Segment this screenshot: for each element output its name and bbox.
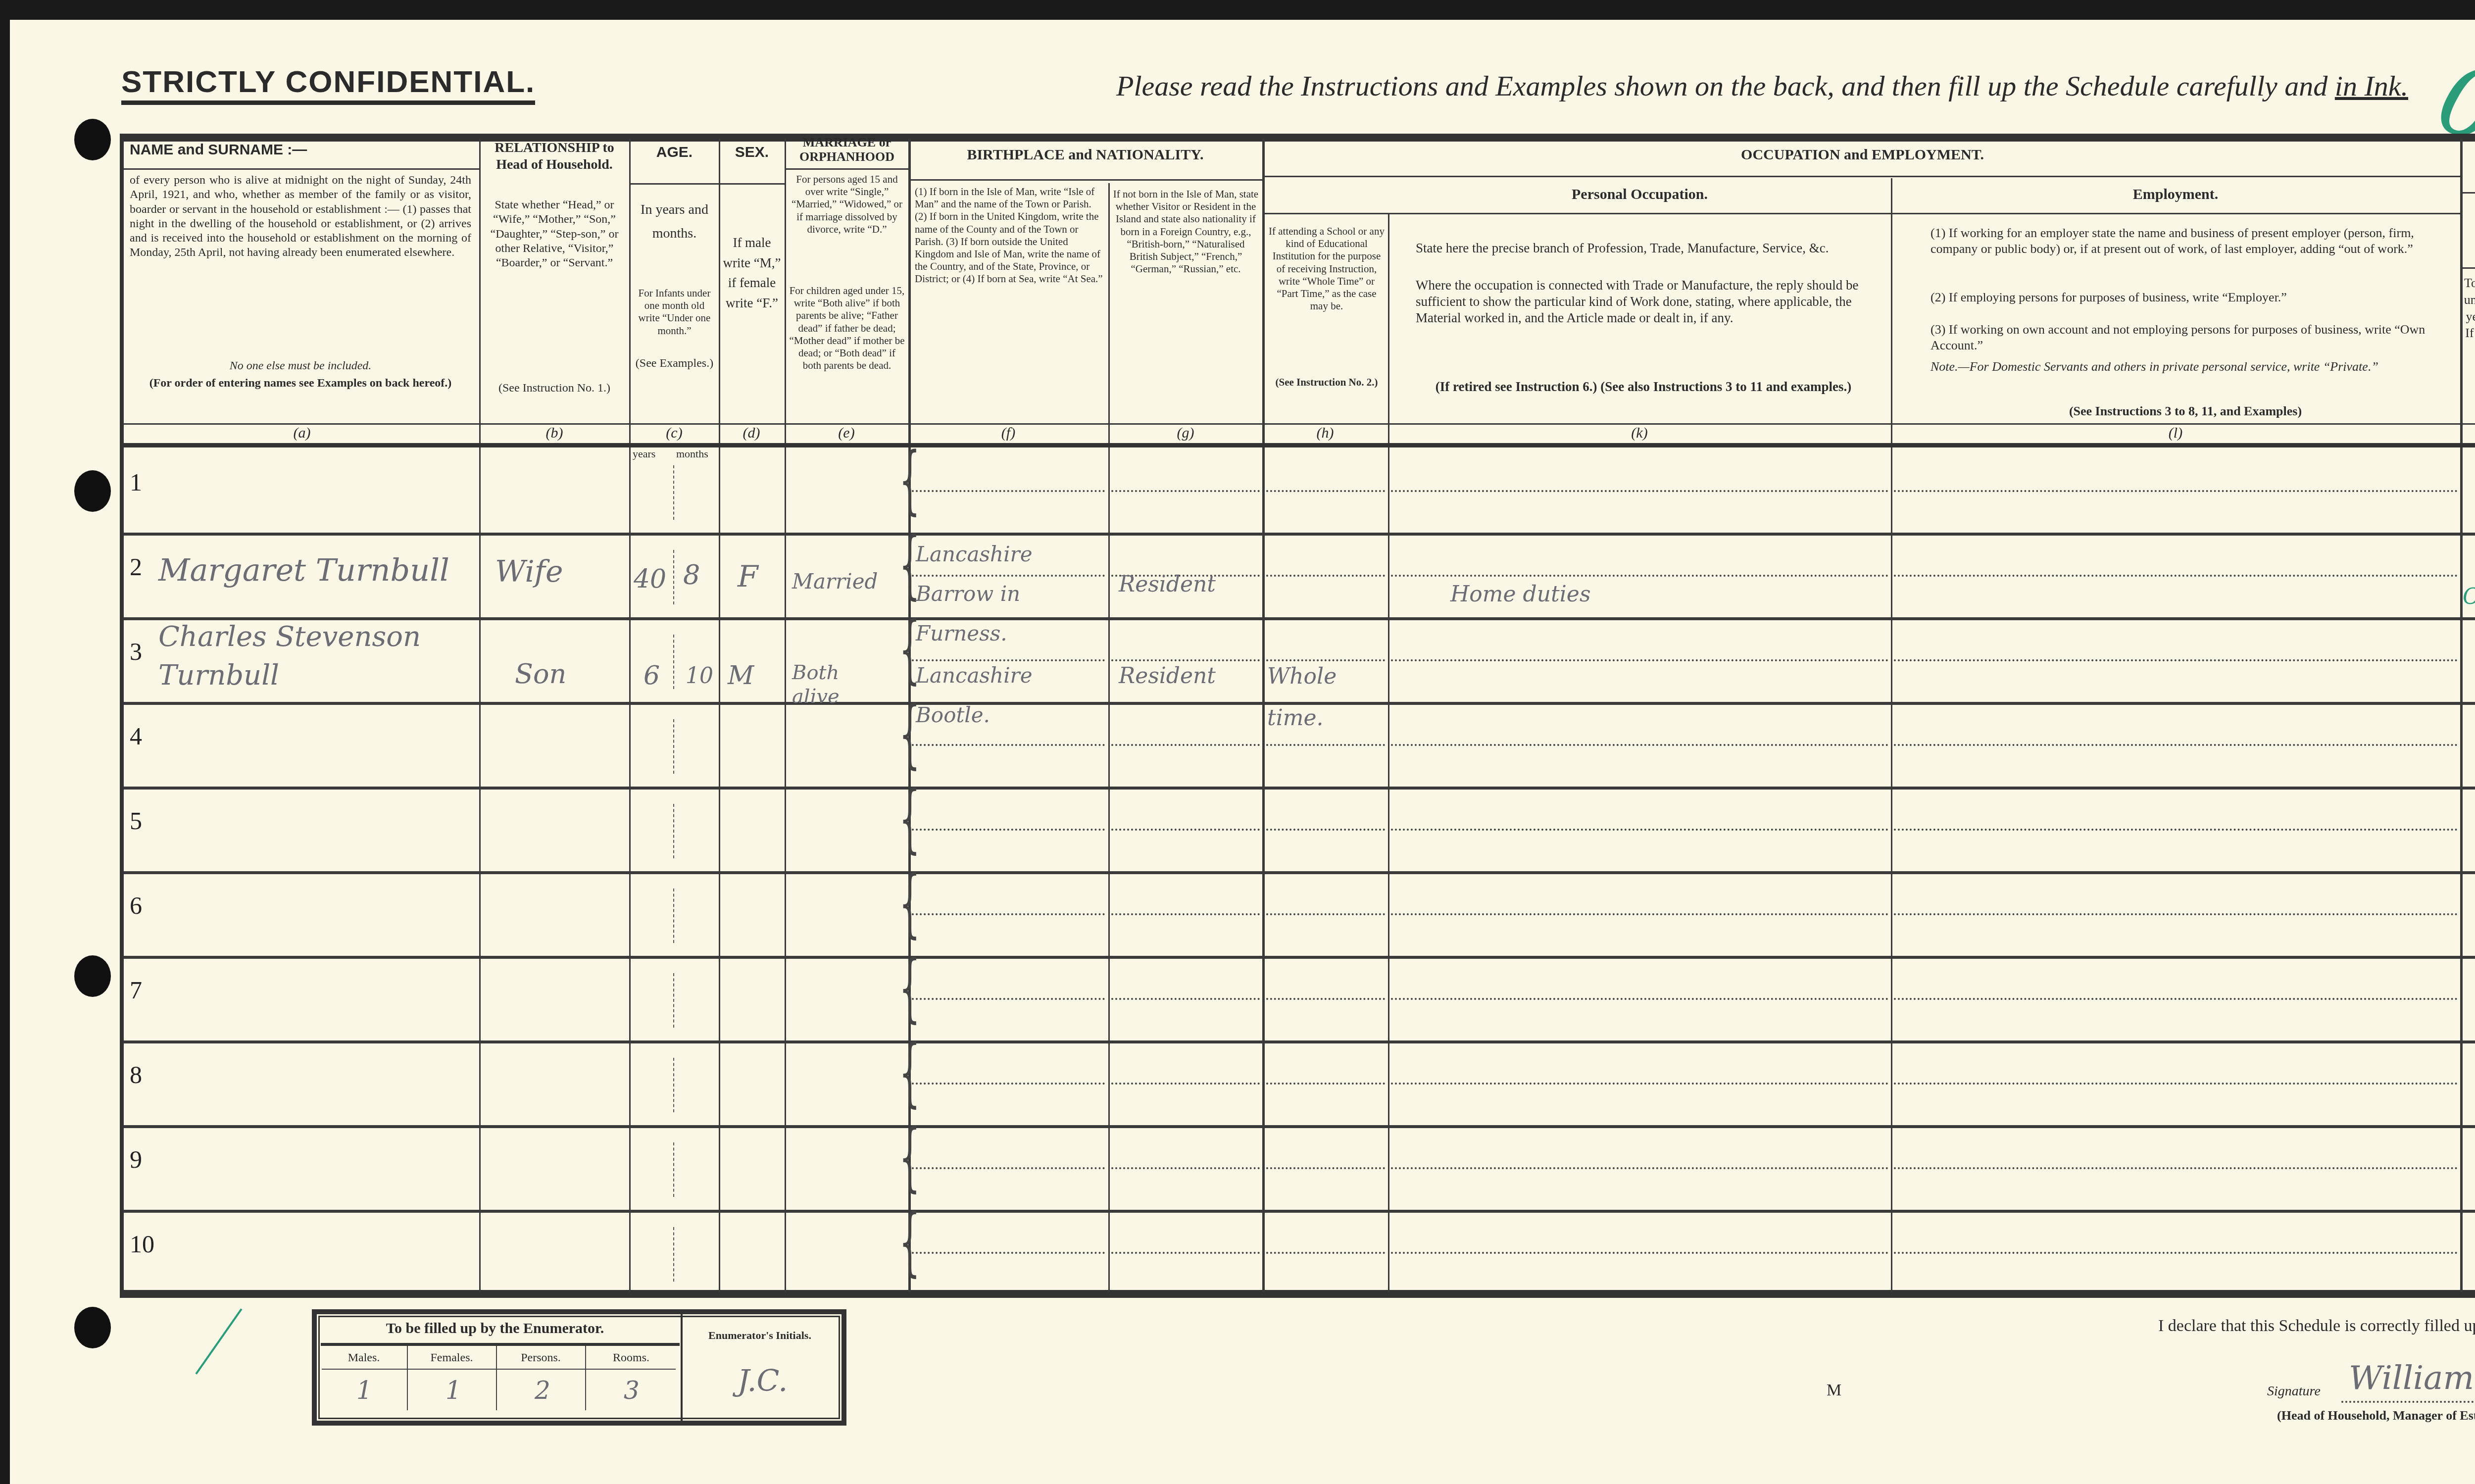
age-divider (673, 719, 674, 774)
row-midline (1111, 829, 1260, 831)
col-letter-k: (k) (1615, 425, 1664, 442)
row-midline (1391, 575, 1888, 577)
col-occ-title: OCCUPATION and EMPLOYMENT. (1267, 146, 2458, 164)
row-2-birthplace[interactable]: Lancashire Barrow in Furness. (916, 535, 1104, 653)
col-e-body-children: For children aged under 15, write “Both … (788, 285, 906, 372)
row-midline (1266, 913, 1385, 915)
row-midline (1266, 1252, 1385, 1254)
col-g-body: If not born in the Isle of Man, state wh… (1113, 188, 1259, 275)
col-divider (719, 139, 720, 1292)
row-midline (1111, 913, 1260, 915)
age-divider (673, 889, 674, 943)
row-2-nationality[interactable]: Resident (1119, 572, 1216, 597)
row-divider (124, 956, 2475, 959)
row-midline (1266, 998, 1385, 1000)
row-midline (1266, 1083, 1385, 1085)
row-midline (1894, 659, 2458, 661)
row-midline (1894, 1083, 2458, 1085)
divider (585, 1346, 586, 1410)
punch-hole (74, 470, 111, 512)
row-midline (1894, 575, 2458, 577)
col-b-title: RELATIONSHIP to Head of Household. (483, 140, 626, 173)
col-l-title: Employment. (1893, 186, 2458, 203)
row-2-sex[interactable]: F (738, 559, 758, 594)
row-midline (1111, 998, 1260, 1000)
row-midline (1266, 490, 1385, 492)
brace-icon: { (899, 1036, 920, 1110)
col-l-item-2: (2) If employing persons for purposes of… (1930, 290, 2440, 305)
row-number: 3 (130, 637, 142, 666)
age-divider (673, 465, 674, 520)
col-f-body: (1) If born in the Isle of Man, write “I… (915, 186, 1105, 286)
divider (321, 1343, 680, 1346)
col-letter-a: (a) (277, 425, 327, 442)
col-l-item-1: (1) If working for an employer state the… (1930, 225, 2440, 256)
row-2-marriage[interactable]: Married (792, 569, 878, 594)
females-count[interactable]: 1 (445, 1376, 461, 1405)
row-midline (912, 998, 1105, 1000)
col-c-infant: For Infants under one month old write “U… (634, 287, 715, 337)
brace-icon: { (899, 866, 920, 940)
col-k-body-1: State here the precise branch of Profess… (1416, 240, 1871, 256)
header-divider (785, 168, 908, 170)
header-divider (124, 423, 2475, 425)
age-divider (673, 804, 674, 858)
males-label: Males. (322, 1351, 406, 1365)
row-2-relationship[interactable]: Wife (495, 554, 563, 589)
persons-count[interactable]: 2 (535, 1376, 550, 1405)
row-midline (1391, 659, 1888, 661)
col-divider (785, 139, 786, 1292)
row-midline (1894, 998, 2458, 1000)
row-divider (124, 1210, 2475, 1213)
row-2-children-total[interactable]: One. (2463, 584, 2475, 609)
col-l-item-3: (3) If working on own account and not em… (1930, 322, 2440, 353)
brace-icon: { (899, 951, 920, 1025)
col-letter-d: (d) (727, 425, 776, 442)
row-number: 2 (130, 552, 142, 581)
enumerator-initials-label: Enumerator's Initials. (686, 1329, 834, 1342)
col-divider (479, 139, 481, 1292)
header-divider (1891, 213, 2460, 214)
col-k-body-2: Where the occupation is connected with T… (1416, 277, 1871, 326)
row-midline (1894, 744, 2458, 746)
row-midline (912, 1252, 1105, 1254)
divider (681, 1314, 683, 1421)
row-divider (124, 1125, 2475, 1128)
brace-icon: { (899, 1205, 920, 1279)
brace-icon: { (899, 443, 920, 517)
brace-icon: { (899, 782, 920, 856)
row-midline (1111, 1252, 1260, 1254)
row-midline (1391, 490, 1888, 492)
row-midline (1391, 998, 1888, 1000)
age-years-label: years (633, 447, 655, 460)
row-midline (1391, 1167, 1888, 1169)
col-divider (1388, 213, 1389, 1292)
row-2-occupation[interactable]: Home duties (1450, 582, 1591, 607)
row-midline (1894, 829, 2458, 831)
header-divider (629, 183, 785, 185)
col-k-footer: (If retired see Instruction 6.) (See als… (1416, 379, 1871, 395)
col-letter-b: (b) (530, 425, 579, 442)
row-midline (1111, 659, 1260, 661)
row-midline (1894, 913, 2458, 915)
females-label: Females. (408, 1351, 495, 1365)
col-l-footer: (See Instructions 3 to 8, 11, and Exampl… (1930, 403, 2440, 419)
age-divider (673, 1058, 674, 1112)
row-number: 10 (130, 1230, 154, 1258)
col-mn-title: Information required only in respect of … (2468, 144, 2475, 160)
row-midline (1391, 1083, 1888, 1085)
enumerator-box-heading: To be filled up by the Enumerator. (317, 1320, 673, 1337)
row-midline (912, 829, 1105, 831)
header-divider (1262, 213, 1891, 214)
row-midline (1391, 744, 1888, 746)
col-letter-l: (l) (2151, 425, 2200, 442)
age-divider (673, 973, 674, 1028)
col-b-footer: (See Instruction No. 1.) (485, 381, 624, 396)
row-divider (124, 1040, 2475, 1043)
row-3-education[interactable]: Whole time. (1267, 656, 1381, 739)
col-h-footer: (See Instruction No. 2.) (1267, 376, 1386, 389)
col-b-body: State whether “Head,” or “Wife,” “Mother… (485, 198, 624, 270)
row-divider (124, 787, 2475, 790)
row-number: 9 (130, 1145, 142, 1174)
row-midline (1391, 1252, 1888, 1254)
row-midline (912, 1167, 1105, 1169)
row-3-relationship[interactable]: Son (515, 658, 566, 690)
row-number: 8 (130, 1060, 142, 1089)
col-letter-f: (f) (984, 425, 1033, 442)
row-3-marriage[interactable]: Both alive (792, 661, 891, 708)
age-divider (673, 1227, 674, 1282)
col-m-body: Total number under sixteen years of age.… (2463, 275, 2475, 358)
row-2-name[interactable]: Margaret Turnbull (158, 552, 449, 588)
age-divider (673, 1142, 674, 1197)
row-number: 4 (130, 722, 142, 750)
row-divider (124, 617, 2475, 620)
row-midline (1894, 1167, 2458, 1169)
header-divider (2460, 192, 2475, 194)
col-e-title: MARRIAGE or ORPHANHOOD (787, 136, 907, 164)
row-3-name[interactable]: Charles Stevenson Turnbull (158, 618, 475, 695)
header-divider (2460, 267, 2475, 269)
row-number: 1 (130, 468, 142, 496)
instruction-banner: Please read the Instructions and Example… (1116, 69, 2408, 102)
col-a-body: of every person who is alive at midnight… (130, 173, 471, 260)
row-3-nationality[interactable]: Resident (1119, 663, 1216, 689)
row-number: 7 (130, 976, 142, 1004)
header-bottom-rule (124, 443, 2475, 447)
col-fg-title: BIRTHPLACE and NATIONALITY. (911, 146, 1260, 164)
row-3-age-months[interactable]: 10 (686, 663, 713, 689)
punch-hole (74, 1307, 111, 1348)
col-c-footer: (See Examples.) (634, 356, 715, 371)
row-midline (1266, 1167, 1385, 1169)
row-midline (912, 913, 1105, 915)
col-mn-subtitle: Number and ages of all living children a… (2468, 198, 2475, 247)
persons-label: Persons. (497, 1351, 584, 1365)
col-letter-h: (h) (1300, 425, 1350, 442)
signature-caption: (Head of Household, Manager of Establish… (2277, 1408, 2475, 1423)
col-letter-c: (c) (649, 425, 699, 442)
col-divider (1262, 139, 1265, 1292)
punch-hole (74, 955, 111, 997)
row-midline (1391, 913, 1888, 915)
row-midline (1111, 744, 1260, 746)
row-2-age-years[interactable]: 40 (634, 564, 666, 594)
row-midline (1266, 829, 1385, 831)
divider (407, 1346, 408, 1410)
divider (496, 1346, 497, 1410)
enumerator-initials[interactable]: J.C. (738, 1364, 788, 1398)
col-h-body: If attending a School or any kind of Edu… (1267, 225, 1386, 312)
signature-label: Signature (2267, 1384, 2321, 1399)
row-midline (912, 490, 1105, 492)
age-divider (673, 635, 674, 689)
row-midline (1111, 1167, 1260, 1169)
header-divider (124, 168, 479, 170)
row-3-birthplace[interactable]: Lancashire Bootle. (916, 656, 1104, 735)
col-a-note: No one else must be included. (130, 359, 471, 373)
divider (322, 1369, 676, 1370)
col-a-title: NAME and SURNAME :— (124, 141, 476, 159)
col-letter-g: (g) (1161, 425, 1210, 442)
row-midline (1894, 1252, 2458, 1254)
row-midline (1266, 744, 1385, 746)
row-divider (124, 533, 2475, 536)
row-midline (912, 744, 1105, 746)
signature-line (2341, 1401, 2475, 1403)
header-divider (1262, 176, 2460, 177)
row-midline (912, 1083, 1105, 1085)
col-k-title: Personal Occupation. (1391, 186, 1888, 203)
brace-icon: { (899, 1120, 920, 1194)
col-l-note: Note.—For Domestic Servants and others i… (1930, 359, 2440, 375)
col-c-body: In years and months. (634, 198, 715, 245)
rooms-label: Rooms. (587, 1351, 676, 1365)
rooms-count[interactable]: 3 (624, 1376, 640, 1405)
col-letter-e: (e) (822, 425, 871, 442)
row-midline (1111, 490, 1260, 492)
col-a-footer: (For order of entering names see Example… (130, 376, 471, 391)
form-mark: M (1827, 1381, 1841, 1400)
col-c-title: AGE. (631, 144, 718, 161)
col-letter-m: (m) (2473, 425, 2475, 442)
row-number: 6 (130, 891, 142, 920)
row-number: 5 (130, 806, 142, 835)
header-divider (908, 179, 1262, 181)
punch-hole (74, 119, 111, 160)
males-count[interactable]: 1 (356, 1376, 372, 1405)
signature[interactable]: William Morrison Turnbull (2349, 1359, 2475, 1397)
row-midline (1391, 829, 1888, 831)
col-d-body: If male write “M,” if female write “F.” (723, 233, 781, 313)
declaration-text: I declare that this Schedule is correctl… (2158, 1317, 2475, 1336)
enumerator-summary-box: To be filled up by the Enumerator. Males… (312, 1309, 846, 1426)
row-midline (1111, 1083, 1260, 1085)
age-months-label: months (676, 447, 708, 460)
col-divider (629, 139, 631, 1292)
age-divider (673, 550, 674, 604)
row-3-sex[interactable]: M (728, 661, 754, 691)
row-2-age-months[interactable]: 8 (683, 559, 700, 591)
row-midline (1894, 490, 2458, 492)
col-d-title: SEX. (720, 144, 784, 161)
row-divider (124, 871, 2475, 874)
col-e-body-adults: For persons aged 15 and over write “Sing… (788, 173, 906, 236)
row-midline (1266, 575, 1385, 577)
page-title: STRICTLY CONFIDENTIAL. (121, 64, 535, 105)
row-3-age-years[interactable]: 6 (643, 661, 660, 691)
